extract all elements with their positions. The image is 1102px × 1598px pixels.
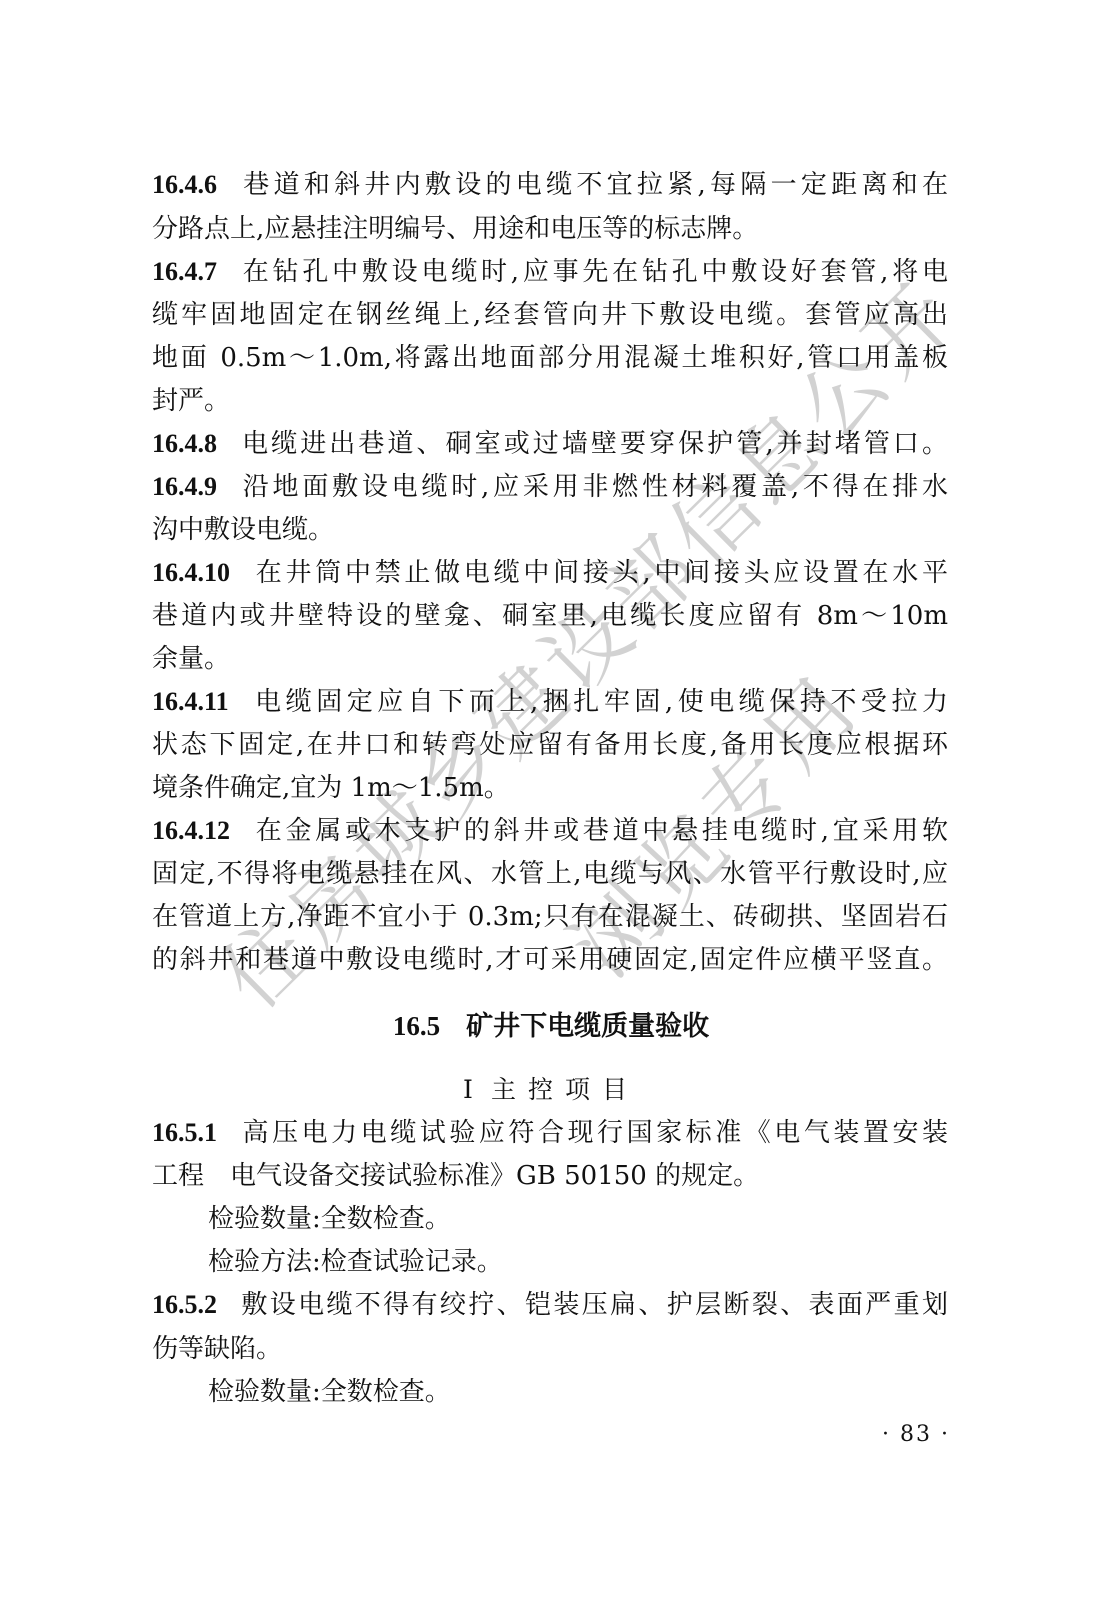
clause-16-4-9-line-2: 沟中敷设电缆。: [152, 513, 948, 547]
clause-text: 电缆进出巷道、硐室或过墙壁要穿保护管,并封堵管口。: [239, 429, 948, 459]
clause-16-4-7-line-1: 16.4.7在钻孔中敷设电缆时,应事先在钻孔中敷设好套管,将电: [152, 255, 948, 289]
clause-number: 16.4.10: [152, 558, 230, 587]
clause-16-4-7-line-2: 缆牢固地固定在钢丝绳上,经套管向井下敷设电缆。套管应高出: [152, 298, 948, 332]
clause-16-4-12-line-1: 16.4.12在金属或木支护的斜井或巷道中悬挂电缆时,宜采用软: [152, 814, 948, 848]
clause-16-4-12-line-2: 固定,不得将电缆悬挂在风、水管上,电缆与风、水管平行敷设时,应: [152, 857, 948, 891]
clause-text: 沿地面敷设电缆时,应采用非燃性材料覆盖,不得在排水: [239, 472, 948, 502]
clause-text: 在金属或木支护的斜井或巷道中悬挂电缆时,宜采用软: [252, 816, 948, 846]
clause-16-4-10-line-2: 巷道内或井壁特设的壁龛、硐室里,电缆长度应留有 8m～10m: [152, 599, 948, 633]
clause-16-4-6-line-2: 分路点上,应悬挂注明编号、用途和电压等的标志牌。: [152, 212, 948, 246]
clause-16-4-11-line-2: 状态下固定,在井口和转弯处应留有备用长度,备用长度应根据环: [152, 728, 948, 762]
clause-text: 在钻孔中敷设电缆时,应事先在钻孔中敷设好套管,将电: [239, 257, 948, 287]
clause-16-4-9-line-1: 16.4.9沿地面敷设电缆时,应采用非燃性材料覆盖,不得在排水: [152, 470, 948, 504]
clause-16-4-10-line-3: 余量。: [152, 642, 948, 676]
clause-number: 16.4.6: [152, 170, 217, 199]
clause-16-4-7-line-4: 封严。: [152, 384, 948, 418]
subsection-title: 主控项目: [491, 1075, 639, 1104]
item-16-5-1-check-method: 检验方法:检查试验记录。: [208, 1245, 948, 1279]
clause-16-4-11-line-3: 境条件确定,宜为 1m～1.5m。: [152, 771, 948, 805]
clause-16-4-12-line-3: 在管道上方,净距不宜小于 0.3m;只有在混凝土、砖砌拱、坚固岩石: [152, 900, 948, 934]
clause-text: 电缆固定应自下而上,捆扎牢固,使电缆保持不受拉力: [251, 687, 948, 717]
subsection-roman-numeral: Ⅰ: [463, 1075, 473, 1104]
item-number: 16.5.1: [152, 1118, 217, 1147]
item-text: 高压电力电缆试验应符合现行国家标准《电气装置安装: [239, 1118, 948, 1148]
item-number: 16.5.2: [152, 1290, 217, 1319]
clause-16-4-12-line-4: 的斜井和巷道中敷设电缆时,才可采用硬固定,固定件应横平竖直。: [152, 943, 948, 977]
page-content: 16.4.6巷道和斜井内敷设的电缆不宜拉紧,每隔一定距离和在 分路点上,应悬挂注…: [0, 0, 1102, 1598]
clause-16-4-10-line-1: 16.4.10在井筒中禁止做电缆中间接头,中间接头应设置在水平: [152, 556, 948, 590]
clause-16-4-7-line-3: 地面 0.5m～1.0m,将露出地面部分用混凝土堆积好,管口用盖板: [152, 341, 948, 375]
section-title: 矿井下电缆质量验收: [466, 1011, 709, 1042]
item-16-5-1-check-quantity: 检验数量:全数检查。: [208, 1202, 948, 1236]
clause-text: 巷道和斜井内敷设的电缆不宜拉紧,每隔一定距离和在: [239, 170, 948, 200]
item-16-5-1-line-1: 16.5.1高压电力电缆试验应符合现行国家标准《电气装置安装: [152, 1116, 948, 1150]
clause-number: 16.4.7: [152, 257, 217, 286]
clause-text: 在井筒中禁止做电缆中间接头,中间接头应设置在水平: [252, 558, 948, 588]
clause-16-4-11-line-1: 16.4.11电缆固定应自下而上,捆扎牢固,使电缆保持不受拉力: [152, 685, 948, 719]
clause-number: 16.4.9: [152, 472, 217, 501]
page-number: · 83 ·: [850, 1420, 950, 1450]
item-16-5-2-line-1: 16.5.2敷设电缆不得有绞拧、铠装压扁、护层断裂、表面严重划: [152, 1288, 948, 1322]
clause-number: 16.4.12: [152, 816, 230, 845]
item-16-5-2-line-2: 伤等缺陷。: [152, 1332, 948, 1366]
item-16-5-1-line-2: 工程 电气设备交接试验标准》GB 50150 的规定。: [152, 1159, 948, 1193]
item-16-5-2-check-quantity: 检验数量:全数检查。: [208, 1375, 948, 1409]
clause-16-4-8-line-1: 16.4.8电缆进出巷道、硐室或过墙壁要穿保护管,并封堵管口。: [152, 427, 948, 461]
clause-number: 16.4.8: [152, 429, 217, 458]
document-page: 住房城乡建设部信息公开 浏览专用 16.4.6巷道和斜井内敷设的电缆不宜拉紧,每…: [0, 0, 1102, 1598]
section-number: 16.5: [393, 1011, 440, 1041]
item-text: 敷设电缆不得有绞拧、铠装压扁、护层断裂、表面严重划: [239, 1290, 948, 1320]
subsection-heading: Ⅰ主控项目: [0, 1073, 1102, 1107]
clause-number: 16.4.11: [152, 687, 229, 716]
section-heading: 16.5矿井下电缆质量验收: [0, 1009, 1102, 1044]
clause-16-4-6-line-1: 16.4.6巷道和斜井内敷设的电缆不宜拉紧,每隔一定距离和在: [152, 168, 948, 202]
